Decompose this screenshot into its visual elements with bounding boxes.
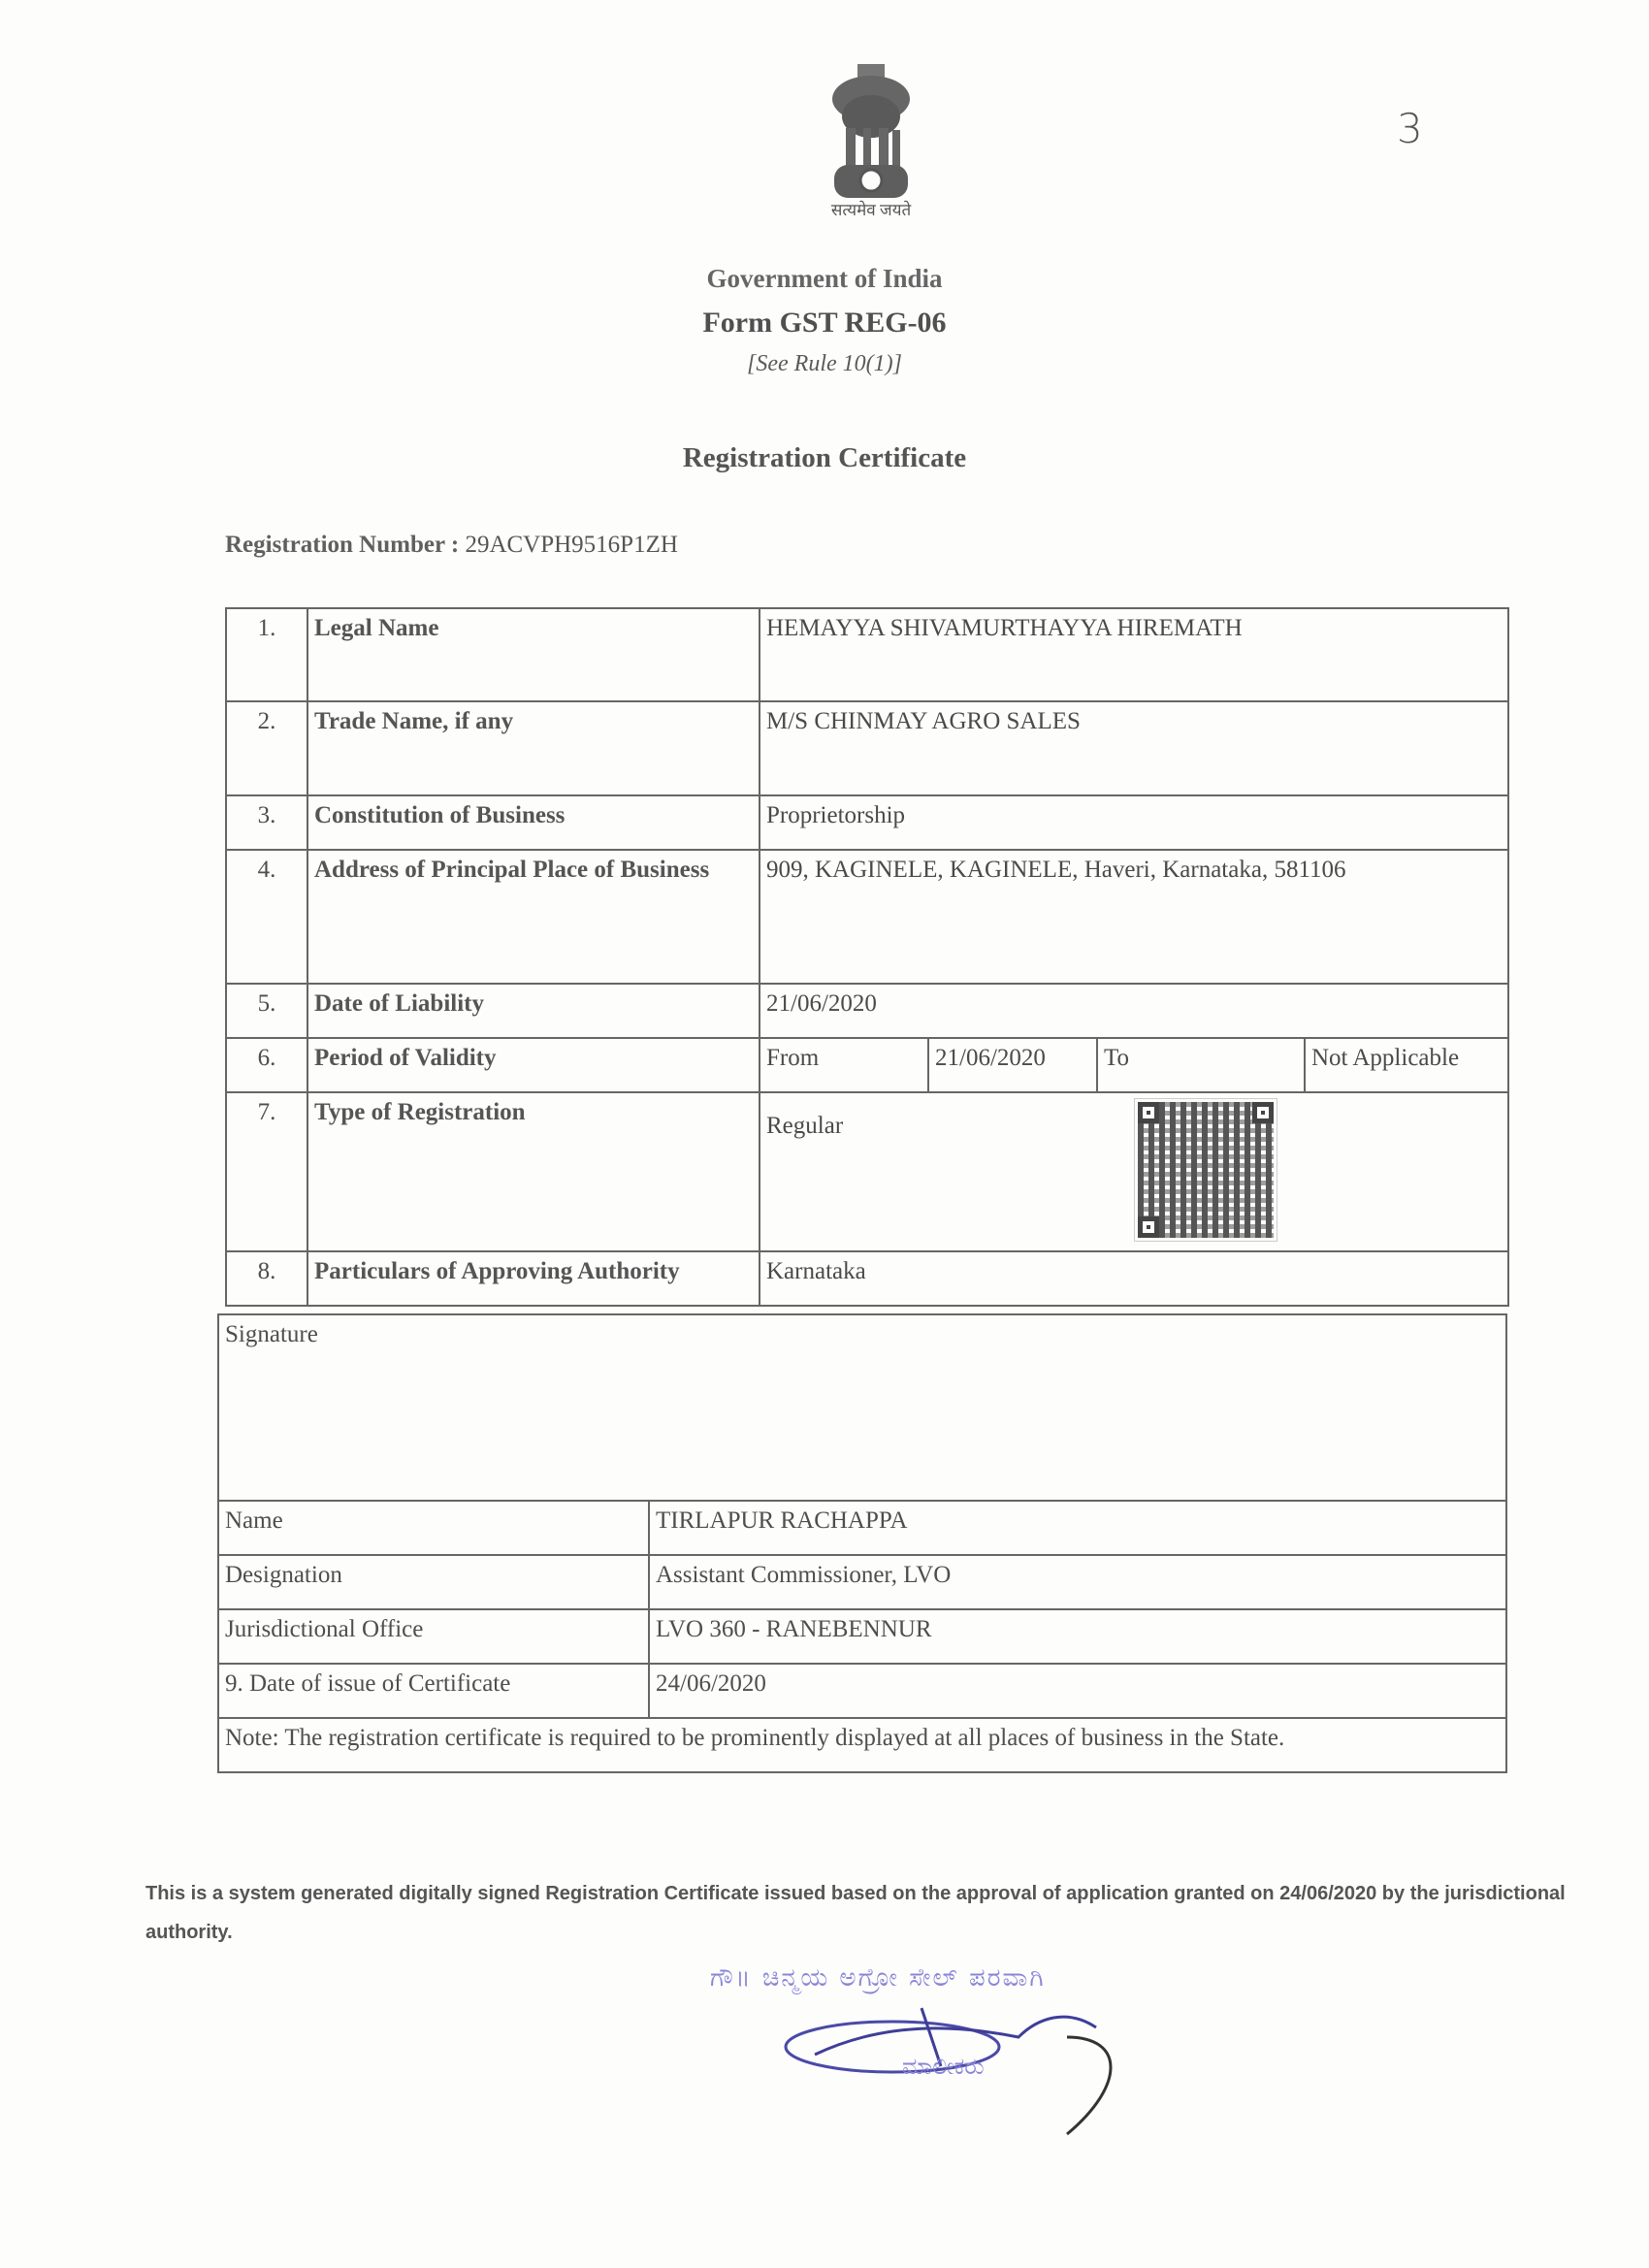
system-generated-footer: This is a system generated digitally sig… — [145, 1874, 1571, 1952]
rule-reference: [See Rule 10(1)] — [0, 351, 1649, 377]
row-number: 6. — [226, 1038, 307, 1092]
row-label: Address of Principal Place of Business — [307, 850, 760, 984]
validity-from-label: From — [760, 1038, 928, 1092]
date-of-liability-value: 21/06/2020 — [760, 984, 1508, 1038]
address-value: 909, KAGINELE, KAGINELE, Haveri, Karnata… — [760, 850, 1508, 984]
table-row: 3. Constitution of Business Proprietorsh… — [226, 795, 1508, 850]
business-stamp-owner: ಮಾಲೀಕರು — [902, 2053, 985, 2080]
registration-number-value: 29ACVPH9516P1ZH — [465, 532, 677, 558]
emblem-motto: सत्यमेव जयते — [793, 198, 949, 220]
display-note: Note: The registration certificate is re… — [218, 1718, 1506, 1772]
authority-key: 9. Date of issue of Certificate — [218, 1664, 649, 1718]
registration-number: Registration Number : 29ACVPH9516P1ZH — [225, 532, 678, 559]
table-row: 6. Period of Validity From 21/06/2020 To… — [226, 1038, 1508, 1092]
table-row: Jurisdictional Office LVO 360 - RANEBENN… — [218, 1609, 1506, 1664]
row-label: Particulars of Approving Authority — [307, 1251, 760, 1306]
row-number: 5. — [226, 984, 307, 1038]
table-row: Designation Assistant Commissioner, LVO — [218, 1555, 1506, 1609]
note-row: Note: The registration certificate is re… — [218, 1718, 1506, 1772]
form-title: Form GST REG-06 — [0, 307, 1649, 340]
approving-authority-value: Karnataka — [760, 1251, 1508, 1306]
validity-to-value: Not Applicable — [1305, 1038, 1508, 1092]
table-row: 9. Date of issue of Certificate 24/06/20… — [218, 1664, 1506, 1718]
table-row: 8. Particulars of Approving Authority Ka… — [226, 1251, 1508, 1306]
legal-name-value: HEMAYYA SHIVAMURTHAYYA HIREMATH — [760, 608, 1508, 701]
authority-key: Designation — [218, 1555, 649, 1609]
trade-name-value: M/S CHINMAY AGRO SALES — [760, 701, 1508, 795]
table-row: Name TIRLAPUR RACHAPPA — [218, 1501, 1506, 1555]
row-number: 4. — [226, 850, 307, 984]
qr-code-icon — [1135, 1099, 1277, 1241]
government-heading: Government of India — [0, 264, 1649, 294]
business-stamp-line: ಗೌ॥ ಚಿನ್ಮಯ ಅಗ್ರೋ ಸೇಲ್ ಪರವಾಗಿ — [710, 1963, 1046, 1993]
table-row: 1. Legal Name HEMAYYA SHIVAMURTHAYYA HIR… — [226, 608, 1508, 701]
row-number: 8. — [226, 1251, 307, 1306]
row-number: 2. — [226, 701, 307, 795]
national-emblem-icon — [824, 60, 918, 206]
row-label: Period of Validity — [307, 1038, 760, 1092]
registration-type-cell: Regular — [760, 1092, 1508, 1251]
jurisdictional-office: LVO 360 - RANEBENNUR — [649, 1609, 1506, 1664]
table-row: 7. Type of Registration Regular — [226, 1092, 1508, 1251]
registration-type-value: Regular — [766, 1113, 1135, 1140]
table-row: 4. Address of Principal Place of Busines… — [226, 850, 1508, 984]
authority-key: Name — [218, 1501, 649, 1555]
validity-from-value: 21/06/2020 — [928, 1038, 1097, 1092]
row-number: 7. — [226, 1092, 307, 1251]
certificate-title: Registration Certificate — [0, 442, 1649, 474]
signature-label: Signature — [218, 1314, 1506, 1501]
registration-details-table: 1. Legal Name HEMAYYA SHIVAMURTHAYYA HIR… — [225, 607, 1509, 1307]
row-label: Trade Name, if any — [307, 701, 760, 795]
authority-key: Jurisdictional Office — [218, 1609, 649, 1664]
row-number: 1. — [226, 608, 307, 701]
handwritten-page-number: 3 — [1397, 105, 1423, 152]
registration-number-label: Registration Number : — [225, 532, 459, 558]
officer-designation: Assistant Commissioner, LVO — [649, 1555, 1506, 1609]
validity-to-label: To — [1097, 1038, 1305, 1092]
row-label: Type of Registration — [307, 1092, 760, 1251]
officer-name: TIRLAPUR RACHAPPA — [649, 1501, 1506, 1555]
authority-table: Signature Name TIRLAPUR RACHAPPA Designa… — [217, 1313, 1507, 1773]
constitution-value: Proprietorship — [760, 795, 1508, 850]
row-label: Constitution of Business — [307, 795, 760, 850]
row-label: Date of Liability — [307, 984, 760, 1038]
table-row: 2. Trade Name, if any M/S CHINMAY AGRO S… — [226, 701, 1508, 795]
table-row: 5. Date of Liability 21/06/2020 — [226, 984, 1508, 1038]
signature-row: Signature — [218, 1314, 1506, 1501]
issue-date: 24/06/2020 — [649, 1664, 1506, 1718]
row-label: Legal Name — [307, 608, 760, 701]
row-number: 3. — [226, 795, 307, 850]
